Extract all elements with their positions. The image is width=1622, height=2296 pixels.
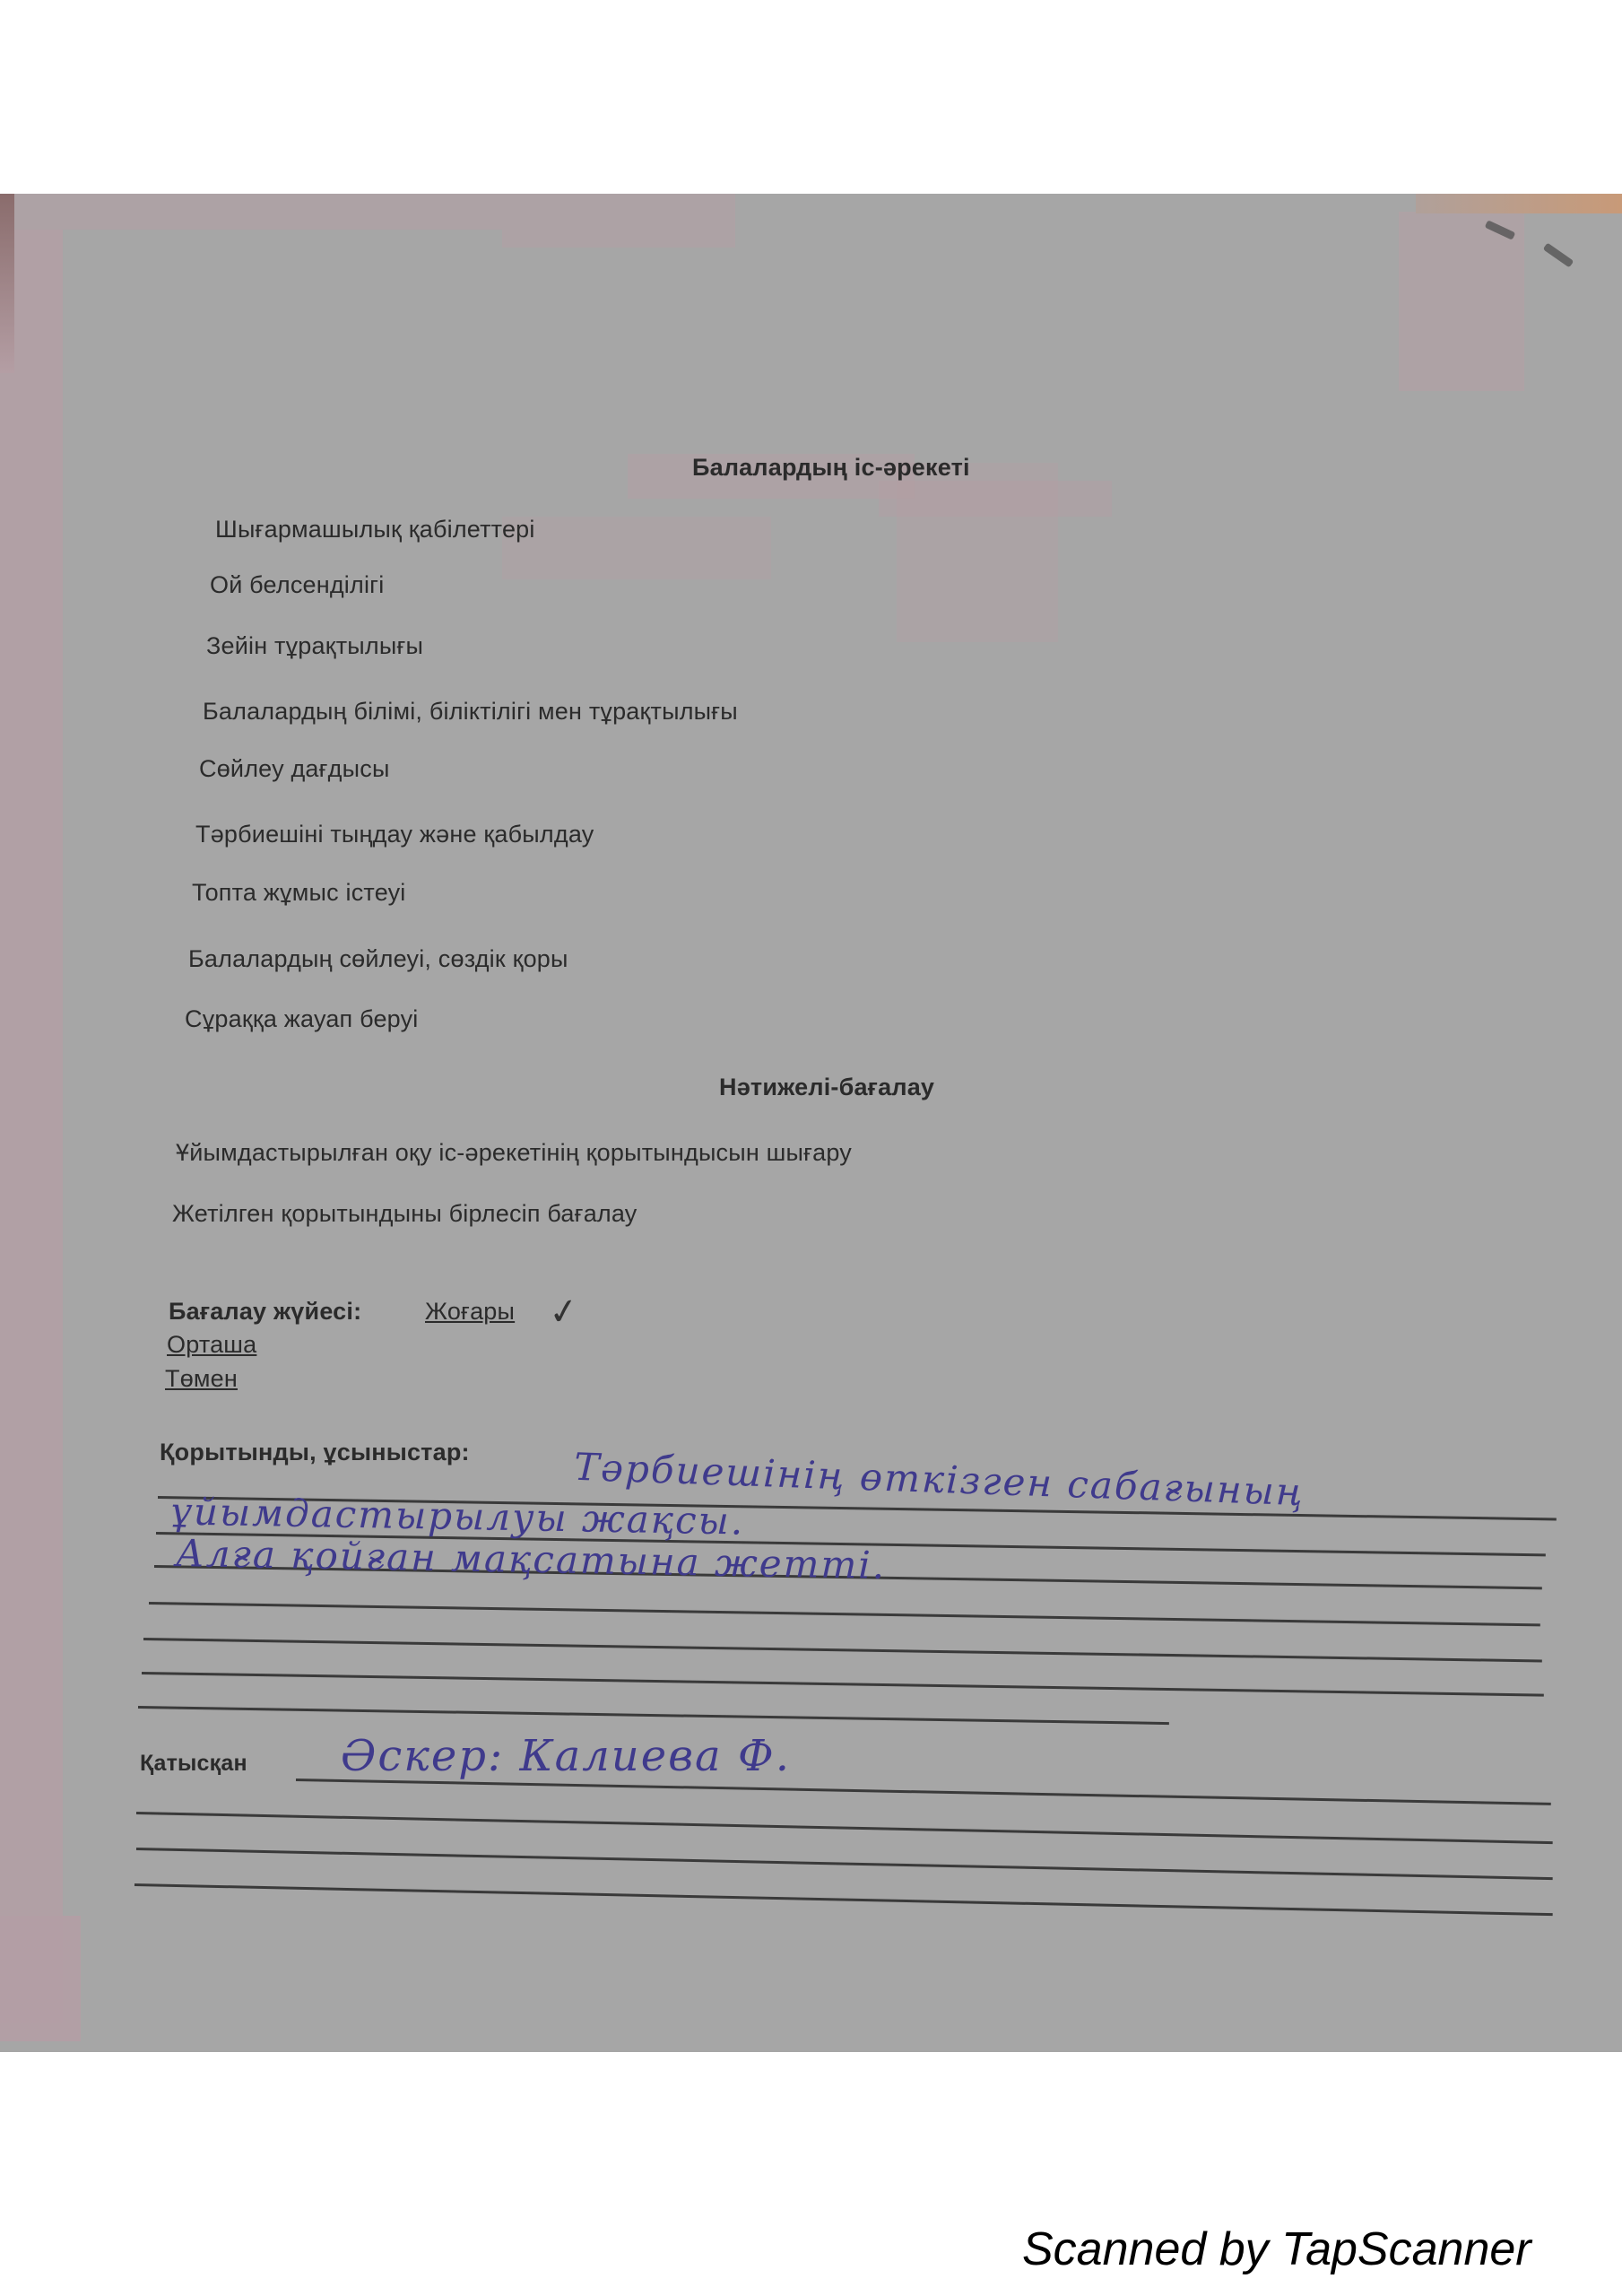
grading-option-medium: Орташа — [167, 1331, 256, 1359]
activity-item: Балалардың сөйлеуі, сөздік қоры — [188, 945, 568, 973]
conclusion-label: Қорытынды, ұсыныстар: — [160, 1439, 470, 1466]
result-item: Ұйымдастырылған оқу іс-әрекетінің қорыты… — [176, 1139, 852, 1167]
scanner-watermark: Scanned by TapScanner — [1022, 2222, 1531, 2276]
handwritten-attendee: Әскер: Калиева Ф. — [341, 1731, 791, 1781]
activity-item: Балалардың білімі, біліктілігі мен тұрақ… — [203, 698, 738, 726]
paper-stain — [502, 194, 735, 248]
grading-option-low: Төмен — [165, 1365, 238, 1393]
paper-stain — [502, 517, 771, 579]
attended-label: Қатысқан — [140, 1751, 247, 1777]
paper-stain — [0, 230, 63, 2023]
pencil-mark — [1543, 242, 1574, 267]
section-title-result: Нәтижелі-бағалау — [719, 1074, 934, 1101]
activity-item: Топта жұмыс істеуі — [192, 879, 406, 907]
result-item: Жетілген қорытындыны бірлесіп бағалау — [172, 1200, 637, 1228]
activity-item: Ой белсенділігі — [210, 571, 384, 599]
paper-edge — [1416, 194, 1622, 213]
paper-stain — [0, 194, 502, 230]
activity-item: Тәрбиешіні тыңдау және қабылдау — [195, 821, 594, 848]
section-title-activity: Балалардың іс-әрекеті — [692, 454, 970, 482]
grading-label: Бағалау жүйесі: — [169, 1298, 361, 1326]
grading-option-high: Жоғары — [425, 1298, 515, 1326]
checkmark-icon: ✓ — [546, 1290, 582, 1335]
paper-edge — [0, 194, 14, 373]
activity-item: Сөйлеу дағдысы — [199, 755, 390, 783]
paper-stain — [897, 463, 1058, 642]
activity-item: Сұраққа жауап беруі — [185, 1005, 418, 1033]
activity-item: Зейін тұрақтылығы — [206, 632, 423, 660]
paper-stain — [1399, 212, 1524, 391]
paper-stain — [0, 1916, 81, 2041]
activity-item: Шығармашылық қабілеттері — [215, 516, 535, 544]
